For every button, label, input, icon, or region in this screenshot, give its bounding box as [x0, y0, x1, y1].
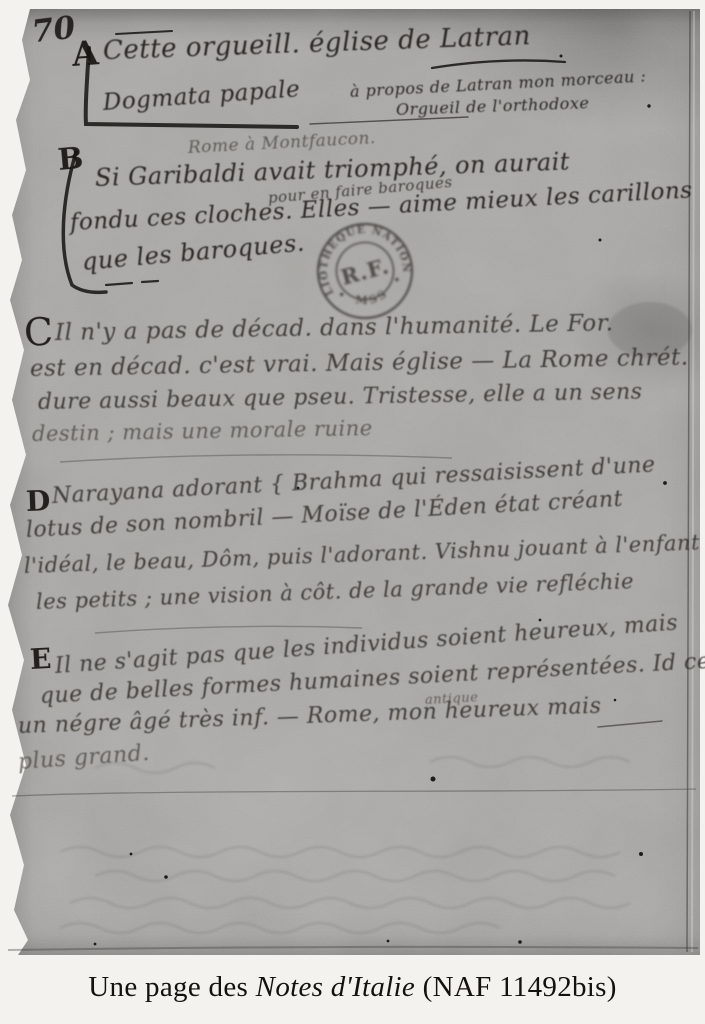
section-letter-c: C [23, 313, 54, 352]
section-letter-a: A [71, 36, 100, 72]
section-letter-b: B [57, 144, 85, 176]
book-page: BIBLIOTHÈQUE NATIONALE MSS R.F. 70 A B C… [0, 0, 705, 1024]
handwriting-line: antique [425, 691, 479, 707]
folio-number: 70 [30, 10, 77, 51]
caption: Une page des Notes d'Italie (NAF 11492bi… [0, 971, 705, 1004]
caption-prefix: Une page des [88, 971, 248, 1003]
section-letter-d: D [26, 487, 51, 516]
caption-suffix: (NAF 11492bis) [423, 971, 617, 1003]
caption-title: Notes d'Italie [256, 971, 415, 1003]
section-letter-e: E [29, 645, 52, 674]
